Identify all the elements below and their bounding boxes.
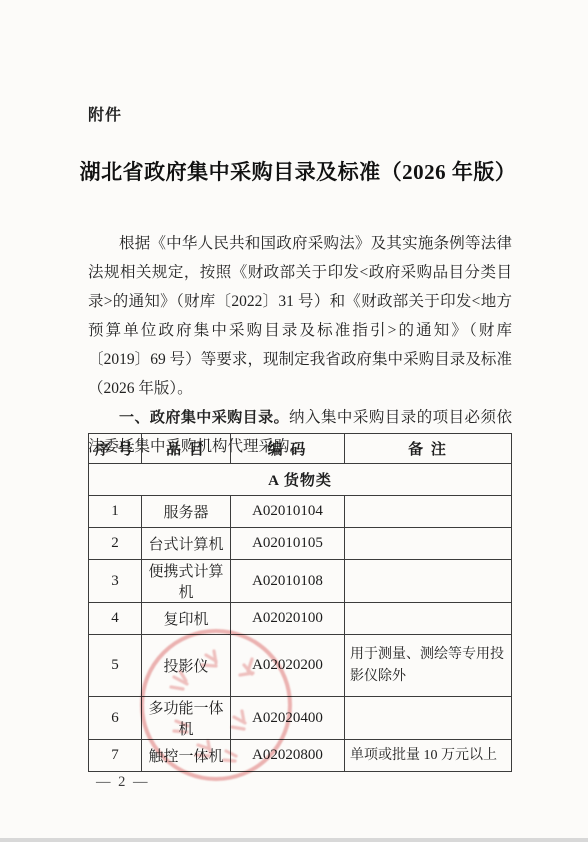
cell-remark xyxy=(345,528,512,560)
cell-code: A02010105 xyxy=(231,528,345,560)
cell-item: 服务器 xyxy=(142,496,231,528)
cell-code: A02020100 xyxy=(231,603,345,635)
cell-item: 多功能一体机 xyxy=(142,697,231,740)
table-row: 5 投影仪 A02020200 用于测量、测绘等专用投影仪除外 xyxy=(89,635,512,697)
page-number: — 2 — xyxy=(96,774,150,791)
table-header-row: 序 号 品 目 编 码 备 注 xyxy=(89,434,512,464)
column-header-item: 品 目 xyxy=(142,434,231,464)
paragraph-catalog-heading: 一、政府集中采购目录。 xyxy=(119,409,289,426)
scan-edge xyxy=(0,838,588,842)
cell-no: 6 xyxy=(89,697,142,740)
cell-item: 触控一体机 xyxy=(142,740,231,772)
table-row: 2 台式计算机 A02010105 xyxy=(89,528,512,560)
table-row: 1 服务器 A02010104 xyxy=(89,496,512,528)
cell-item: 便携式计算机 xyxy=(142,560,231,603)
column-header-code: 编 码 xyxy=(231,434,345,464)
paragraph-legal-basis-text: 根据《中华人民共和国政府采购法》及其实施条例等法律法规相关规定，按照《财政部关于… xyxy=(88,235,512,397)
cell-code: A02010104 xyxy=(231,496,345,528)
cell-code: A02020800 xyxy=(231,740,345,772)
table-section-row: A 货物类 xyxy=(89,464,512,496)
cell-remark xyxy=(345,603,512,635)
attachment-label: 附件 xyxy=(88,102,122,125)
procurement-catalog-table: 序 号 品 目 编 码 备 注 A 货物类 1 服务器 A02010104 2 … xyxy=(88,433,512,772)
cell-remark: 单项或批量 10 万元以上 xyxy=(345,740,512,772)
cell-no: 4 xyxy=(89,603,142,635)
cell-no: 5 xyxy=(89,635,142,697)
cell-code: A02020400 xyxy=(231,697,345,740)
column-header-no: 序 号 xyxy=(89,434,142,464)
cell-code: A02020200 xyxy=(231,635,345,697)
table-row: 4 复印机 A02020100 xyxy=(89,603,512,635)
table-row: 7 触控一体机 A02020800 单项或批量 10 万元以上 xyxy=(89,740,512,772)
document-body: 根据《中华人民共和国政府采购法》及其实施条例等法律法规相关规定，按照《财政部关于… xyxy=(88,229,512,461)
column-header-remark: 备 注 xyxy=(345,434,512,464)
cell-remark: 用于测量、测绘等专用投影仪除外 xyxy=(345,635,512,697)
cell-no: 1 xyxy=(89,496,142,528)
cell-no: 2 xyxy=(89,528,142,560)
table-row: 3 便携式计算机 A02010108 xyxy=(89,560,512,603)
cell-remark xyxy=(345,496,512,528)
cell-code: A02010108 xyxy=(231,560,345,603)
cell-no: 3 xyxy=(89,560,142,603)
cell-item: 复印机 xyxy=(142,603,231,635)
document-page: 附件 湖北省政府集中采购目录及标准（2026 年版） 根据《中华人民共和国政府采… xyxy=(0,0,588,842)
paragraph-legal-basis: 根据《中华人民共和国政府采购法》及其实施条例等法律法规相关规定，按照《财政部关于… xyxy=(88,229,512,403)
cell-item: 投影仪 xyxy=(142,635,231,697)
cell-no: 7 xyxy=(89,740,142,772)
document-title: 湖北省政府集中采购目录及标准（2026 年版） xyxy=(74,156,522,186)
cell-remark xyxy=(345,697,512,740)
cell-remark xyxy=(345,560,512,603)
section-label-goods: A 货物类 xyxy=(89,464,512,496)
cell-item: 台式计算机 xyxy=(142,528,231,560)
table-row: 6 多功能一体机 A02020400 xyxy=(89,697,512,740)
